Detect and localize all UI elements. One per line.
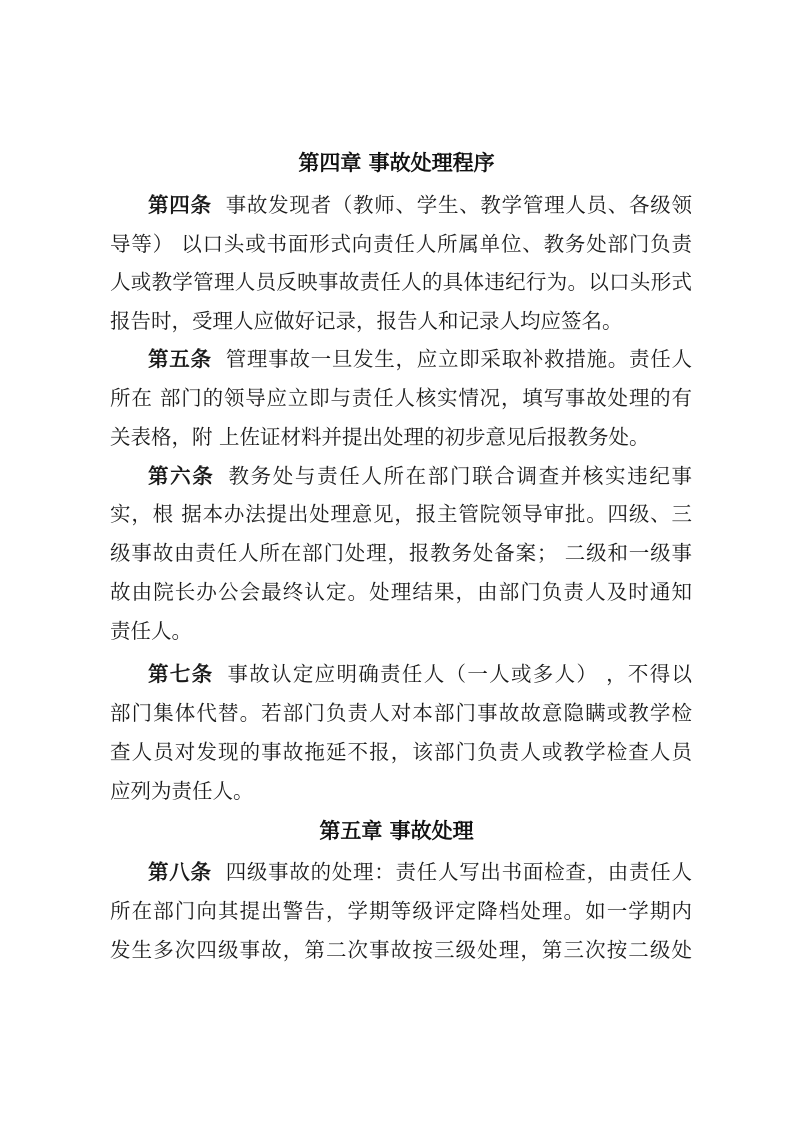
article-line: 发生多次四级事故，第二次事故按三级处理，第三次按二级处 — [110, 935, 692, 965]
article-line: 报告时，受理人应做好记录，报告人和记录人均应签名。 — [110, 306, 692, 336]
article-line: 责任人。 — [110, 616, 692, 646]
article-label: 第五条 — [148, 347, 212, 371]
article-text: 四级事故的处理：责任人写出书面检查，由责任人 — [226, 860, 692, 884]
article-line: 故由院长办公会最终认定。处理结果，由部门负责人及时通知 — [110, 577, 692, 607]
article-first-line: 第八条四级事故的处理：责任人写出书面检查，由责任人 — [148, 857, 692, 887]
article-first-line: 第四条事故发现者（教师、学生、教学管理人员、各级领 — [148, 190, 692, 220]
chapter-heading: 第五章 事故处理 — [0, 816, 793, 846]
article-line: 部门集体代替。若部门负责人对本部门事故故意隐瞒或教学检 — [110, 698, 692, 728]
article-text: 教务处与责任人所在部门联合调查并核实违纪事 — [228, 464, 692, 488]
article-line: 人或教学管理人员反映事故责任人的具体违纪行为。以口头形式 — [110, 267, 692, 297]
article-label: 第七条 — [148, 662, 213, 686]
article-label: 第六条 — [148, 464, 214, 488]
chapter-heading: 第四章 事故处理程序 — [0, 148, 793, 178]
document-page: 第四章 事故处理程序 第四条事故发现者（教师、学生、教学管理人员、各级领 导等）… — [0, 0, 793, 1122]
article-line: 级事故由责任人所在部门处理，报教务处备案； 二级和一级事 — [110, 538, 692, 568]
article-text: 事故发现者（教师、学生、教学管理人员、各级领 — [226, 193, 692, 217]
article-line: 应列为责任人。 — [110, 776, 692, 806]
article-label: 第八条 — [148, 860, 212, 884]
article-line: 实，根 据本办法提出处理意见，报主管院领导审批。四级、三 — [110, 499, 692, 529]
article-line: 所在部门向其提出警告，学期等级评定降档处理。如一学期内 — [110, 896, 692, 926]
article-first-line: 第五条管理事故一旦发生，应立即采取补救措施。责任人 — [148, 344, 692, 374]
article-line: 导等） 以口头或书面形式向责任人所属单位、教务处部门负责 — [110, 229, 692, 259]
article-label: 第四条 — [148, 193, 212, 217]
article-first-line: 第六条教务处与责任人所在部门联合调查并核实违纪事 — [148, 461, 692, 491]
article-text: 事故认定应明确责任人（一人或多人） ，不得以 — [227, 662, 692, 686]
article-line: 查人员对发现的事故拖延不报，该部门负责人或教学检查人员 — [110, 737, 692, 767]
article-text: 管理事故一旦发生，应立即采取补救措施。责任人 — [226, 347, 692, 371]
article-line: 关表格，附 上佐证材料并提出处理的初步意见后报教务处。 — [110, 422, 692, 452]
article-first-line: 第七条事故认定应明确责任人（一人或多人） ，不得以 — [148, 659, 692, 689]
article-line: 所在 部门的领导应立即与责任人核实情况，填写事故处理的有 — [110, 383, 692, 413]
